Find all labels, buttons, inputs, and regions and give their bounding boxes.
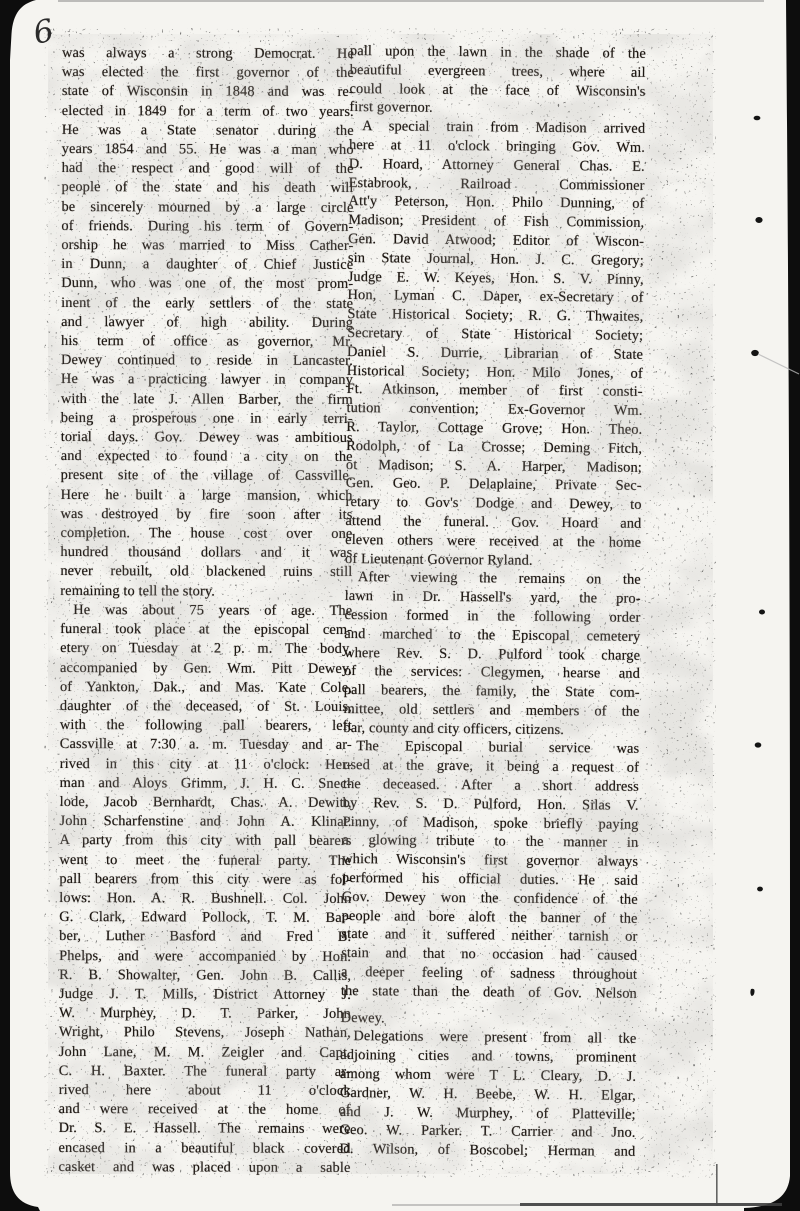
article-line: state of Wisconsin in 1848 and was re- xyxy=(62,82,354,102)
article-line: Dunn, who was one of the most prom- xyxy=(61,274,353,294)
paper-corner-top-left xyxy=(10,0,36,60)
article-line: of friends. During his term of Govern- xyxy=(61,217,353,237)
article-line: hundred thousand dollars and it was xyxy=(60,543,352,563)
left-scan-edge xyxy=(0,0,10,1211)
article-line: here at 11 o'clock bringing Gov. Wm. xyxy=(349,136,645,158)
article-line: present site of the village of Cassville… xyxy=(61,466,353,486)
ink-speck xyxy=(755,217,762,223)
article-line: Dr. S. E. Hassell. The remains were xyxy=(59,1119,351,1139)
ink-speck xyxy=(759,610,765,615)
article-line: John Lane, M. M. Zeigler and Capt. xyxy=(59,1043,351,1063)
paragraph: A special train from Madison arrivedhere… xyxy=(345,117,645,571)
article-line: pall upon the lawn in the shade of the xyxy=(350,42,646,64)
article-line: had the respect and good will of the xyxy=(62,159,354,179)
article-line: etery on Tuesday at 2 p. m. The body, xyxy=(60,639,352,659)
article-line: of Yankton, Dak., and Mas. Kate Cole, xyxy=(60,678,352,698)
newspaper-clipping-page: was always a strong Democrat. Hewas elec… xyxy=(0,0,800,1211)
article-line: He was about 75 years of age. The xyxy=(60,601,352,621)
article-line: completion. The house cost over one xyxy=(60,524,352,544)
article-line: He was a State senator during the xyxy=(62,121,354,141)
paragraph: He was about 75 years of age. Thefuneral… xyxy=(58,601,352,1178)
article-line: inent of the early settlers of the state xyxy=(61,294,353,314)
paragraph: was always a strong Democrat. Hewas elec… xyxy=(60,44,354,602)
article-line: Dewey continued to reside in Lancaster. xyxy=(61,351,353,371)
article-line: years 1854 and 55. He was a man who xyxy=(62,140,354,160)
article-line: ber, Luther Basford and Fred B. xyxy=(59,927,351,947)
article-line: be sincerely mourned by a large circle xyxy=(61,198,353,218)
ink-speck xyxy=(754,116,761,121)
article-line: Gardner, W. H. Beebe, W. H. Elgar, xyxy=(340,1084,636,1106)
article-line: and lawyer of high ability. During xyxy=(61,313,353,333)
article-line: man and Aloys Grimm, J. H. C. Snec- xyxy=(60,774,352,794)
article-line: encased in a beautiful black covered xyxy=(59,1139,351,1159)
article-line: R. B. Showalter, Gen. John B. Callis, xyxy=(59,966,351,986)
article-line: Here he built a large mansion, which xyxy=(61,486,353,506)
article-line: elected in 1849 for a term of two years. xyxy=(62,102,354,122)
article-line: in Dunn, a daughter of Chief Justice xyxy=(61,255,353,275)
article-line: and marched to the Episcopal cemetery xyxy=(344,625,640,647)
article-line: mittee, old settlers and members of the xyxy=(344,700,640,722)
article-line: was destroyed by fire soon after its xyxy=(60,505,352,525)
vertical-cut-line xyxy=(716,1164,718,1206)
ink-speck xyxy=(751,350,759,356)
scratch-line xyxy=(758,354,799,374)
article-line: was elected the first governor of the xyxy=(62,63,354,83)
article-line: daughter of the deceased, of St. Louis, xyxy=(60,697,352,717)
article-line: being a prosperous one in early terri- xyxy=(61,409,353,429)
article-line: rived here about 11 o'clock xyxy=(59,1081,351,1101)
article-line: people of the state and his death will xyxy=(62,178,354,198)
article-line: Rodolph, of La Crosse; Deming Fitch, xyxy=(346,437,642,459)
ink-speck xyxy=(750,989,754,996)
article-line: and expected to found a city on the xyxy=(61,447,353,467)
article-line: Gen. David Atwood; Editor of Wiscon- xyxy=(348,230,644,252)
article-line: remaining to tell the story. xyxy=(60,582,352,602)
ink-speck xyxy=(757,887,763,892)
article-line: G. Clark, Edward Pollock, T. M. Bar- xyxy=(59,908,351,928)
article-line: attend the funeral. Gov. Hoard and xyxy=(345,512,641,534)
article-line: went to meet the funeral party. The xyxy=(59,851,351,871)
article-line: casket and was placed upon a sable xyxy=(58,1158,350,1178)
article-line: lows: Hon. A. R. Bushnell. Col. John xyxy=(59,889,351,909)
paper-corner-bottom-left xyxy=(0,1150,40,1211)
article-line: sin State Journal, Hon. J. C. Gregory; xyxy=(348,249,644,271)
article-line: never rebuilt, old blackened ruins still xyxy=(60,562,352,582)
article-line: Secretary of State Historical Society; xyxy=(347,324,643,346)
article-line: Gov. Dewey won the confidence of the xyxy=(342,888,638,910)
article-line: and were received at the home of xyxy=(59,1100,351,1120)
article-line: Daniel S. Durrie, Librarian of State xyxy=(347,343,643,365)
article-line: lode, Jacob Bernhardt, Chas. A. Dewitt, xyxy=(60,793,352,813)
article-line: rived in this city at 11 o'clock: Her- xyxy=(60,755,352,775)
article-line: D. Hoard, Attorney General Chas. E. xyxy=(349,155,645,177)
article-line: by Rev. S. D. Pulford, Hon. Silas V. xyxy=(343,794,639,816)
article-line: Wright, Philo Stevens, Joseph Nathan, xyxy=(59,1023,351,1043)
right-scan-edge xyxy=(744,0,800,1211)
article-column-left: was always a strong Democrat. Hewas elec… xyxy=(58,44,354,1178)
article-line: D. Wilson, of Boscobel; Herman and xyxy=(339,1140,635,1162)
bottom-cut-line-faint xyxy=(392,1204,520,1206)
paragraph: pall upon the lawn in the shade of thebe… xyxy=(349,42,646,120)
article-line: C. H. Baxter. The funeral party ar- xyxy=(59,1062,351,1082)
article-line: accompanied by Gen. Wm. Pitt Dewey, xyxy=(60,658,352,678)
top-scan-edge xyxy=(58,0,764,2)
article-line: pall bearers from this city were as fol- xyxy=(59,870,351,890)
article-line: was always a strong Democrat. He xyxy=(62,44,354,64)
article-column-right: pall upon the lawn in the shade of thebe… xyxy=(339,42,646,1162)
article-line: He was a practicing lawyer in company xyxy=(61,370,353,390)
article-line: cession formed in the following order xyxy=(344,606,640,628)
article-line: A party from this city with pall bearers xyxy=(59,831,351,851)
handwritten-page-number: 6 xyxy=(30,13,57,52)
article-line: eleven others were received at the home xyxy=(345,531,641,553)
article-line: Judge J. T. Mills, District Attorney J. xyxy=(59,985,351,1005)
article-line: with the late J. Allen Barber, the firm xyxy=(61,390,353,410)
ink-speck xyxy=(755,742,762,747)
article-line: Phelps, and were accompanied by Hon. xyxy=(59,947,351,967)
bottom-cut-line xyxy=(520,1203,782,1206)
article-line: orship he was married to Miss Cather- xyxy=(61,236,353,256)
article-line: funeral took place at the episcopal cem- xyxy=(60,620,352,640)
article-line: W. Murphey, D. T. Parker, John xyxy=(59,1004,351,1024)
article-line: beautiful evergreen trees, where ail xyxy=(350,61,646,83)
article-line: with the following pall bearers, left xyxy=(60,716,352,736)
article-line: his term of office as governor, Mr. xyxy=(61,332,353,352)
article-line: torial days. Gov. Dewey was ambitious xyxy=(61,428,353,448)
article-line: the state than the death of Gov. Nelson xyxy=(341,982,637,1004)
article-line: Cassville at 7:30 a. m. Tuesday and ar- xyxy=(60,735,352,755)
article-line: John Scharfenstine and John A. Klinat. xyxy=(60,812,352,832)
article-line: R. Taylor, Cottage Grove; Hon. Theo. xyxy=(346,418,642,440)
paragraph: After viewing the remains on thelawn in … xyxy=(343,568,641,740)
paragraph: Delegations were present from all tkeadj… xyxy=(339,1027,636,1161)
paragraph: The Episcopal burial service wasused at … xyxy=(341,737,640,1030)
